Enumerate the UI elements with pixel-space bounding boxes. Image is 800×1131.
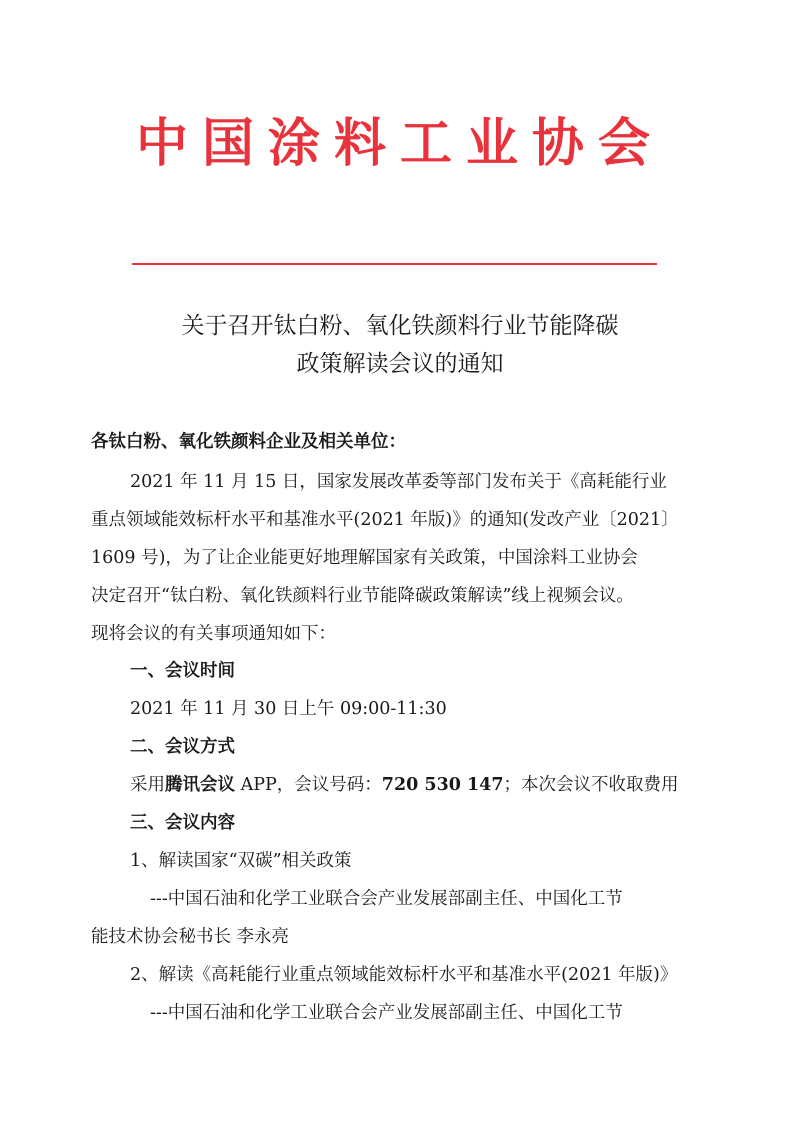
document-title-line-1: 关于召开钛白粉、氧化铁颜料行业节能降碳: [0, 310, 800, 342]
meeting-id: 720 530 147: [382, 775, 504, 795]
content-item-1-speaker-line-2: 能技术协会秘书长 李永亮: [91, 925, 711, 949]
meeting-time-value: 2021 年 11 月 30 日上午 09:00-11:30: [130, 697, 750, 721]
salutation: 各钛白粉、氧化铁颜料企业及相关单位：: [91, 430, 711, 454]
method-prefix: 采用: [130, 775, 165, 795]
intro-line-3: 1609 号)，为了让企业能更好地理解国家有关政策，中国涂料工业协会: [91, 546, 711, 570]
content-item-2-title: 2、解读《高耗能行业重点领域能效标杆水平和基准水平(2021 年版)》: [130, 963, 750, 987]
content-item-1-speaker-line-1: ---中国石油和化学工业联合会产业发展部副主任、中国化工节: [150, 887, 770, 911]
section-heading-time: 一、会议时间: [130, 659, 750, 683]
fee-note: ；本次会议不收取费用: [504, 775, 679, 795]
meeting-app-name: 腾讯会议: [165, 775, 235, 795]
letterhead-organization: 中国涂料工业协会: [0, 112, 800, 176]
content-item-1-title: 1、解读国家“双碳”相关政策: [130, 849, 750, 873]
document-title-line-2: 政策解读会议的通知: [0, 348, 800, 380]
intro-line-5: 现将会议的有关事项通知如下：: [91, 622, 711, 646]
intro-line-2: 重点领域能效标杆水平和基准水平(2021 年版)》的通知(发改产业〔2021〕: [91, 508, 711, 532]
meeting-method-line: 采用腾讯会议 APP，会议号码：720 530 147；本次会议不收取费用: [130, 773, 750, 797]
letterhead-red-rule: [132, 263, 657, 265]
section-heading-method: 二、会议方式: [130, 735, 750, 759]
intro-line-1: 2021 年 11 月 15 日，国家发展改革委等部门发布关于《高耗能行业: [130, 470, 750, 494]
method-app-suffix: APP，会议号码：: [235, 775, 382, 795]
intro-line-4: 决定召开“钛白粉、氧化铁颜料行业节能降碳政策解读”线上视频会议。: [91, 584, 711, 608]
content-item-2-speaker-line-1: ---中国石油和化学工业联合会产业发展部副主任、中国化工节: [150, 1001, 770, 1025]
section-heading-content: 三、会议内容: [130, 811, 750, 835]
